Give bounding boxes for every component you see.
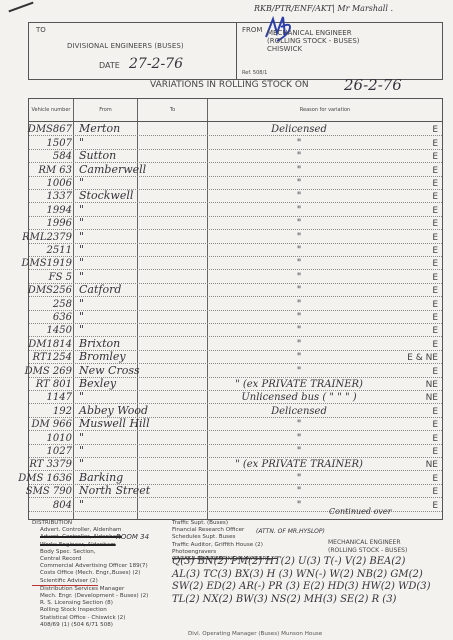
- reference-number: Ref. 508/1: [242, 70, 267, 76]
- status-code: E: [398, 444, 438, 457]
- garage-line: TL(2) NX(2) BW(3) NS(2) MH(3) SE(2) R (3…: [172, 594, 431, 607]
- to-garage: [139, 377, 205, 390]
- to-garage: [139, 417, 205, 430]
- from-garage: ": [75, 229, 139, 242]
- vehicle-number: 1337: [29, 189, 73, 202]
- reason: " (ex PRIVATE TRAINER): [214, 457, 384, 470]
- from-garage: Camberwell: [75, 162, 139, 175]
- column-header-from: From: [74, 99, 137, 121]
- table-row: 1337Stockwell"E: [29, 189, 442, 203]
- table-row: 1450""E: [29, 323, 442, 337]
- reason: ": [214, 216, 384, 229]
- to-garage: [139, 176, 205, 189]
- distribution-item: Central Record: [32, 556, 148, 563]
- from-garage: Barking: [75, 470, 139, 483]
- attention-note: (ATTN. OF MR.HYSLOP): [256, 528, 325, 535]
- distribution-item: R. S. Licensing Section (8): [32, 600, 148, 607]
- to-garage: [139, 323, 205, 336]
- status-code: E: [398, 283, 438, 296]
- table-row: 584Sutton"E: [29, 149, 442, 163]
- to-garage: [139, 229, 205, 242]
- table-row: DM 966Muswell Hill"E: [29, 417, 442, 431]
- to-garage: [139, 363, 205, 376]
- to-garage: [139, 189, 205, 202]
- reason: ": [214, 363, 384, 376]
- from-garage: Merton: [75, 122, 139, 135]
- distribution-item: Schedules Supt. Buses: [172, 534, 277, 541]
- distribution-item: Scientific Adviser (2): [32, 578, 98, 586]
- variation-date: 26-2-76: [344, 76, 402, 94]
- vehicle-number: 1996: [29, 216, 73, 229]
- reason: ": [214, 484, 384, 497]
- table-row: SMS 790North Street"E: [29, 484, 442, 498]
- garage-line: AL(3) TC(3) BX(3) H (3) WN(-) W(2) NB(2)…: [172, 569, 431, 582]
- to-garage: [139, 122, 205, 135]
- vehicle-number: 1010: [29, 430, 73, 443]
- from-garage: Catford: [75, 283, 139, 296]
- reason: ": [214, 417, 384, 430]
- table-header: Vehicle number From To Reason for variat…: [29, 99, 442, 122]
- status-code: E: [398, 202, 438, 215]
- reason: ": [214, 149, 384, 162]
- distribution-item: Body Spec. Section,: [32, 549, 148, 556]
- header-from-section: FROM MECHANICAL ENGINEER (ROLLING STOCK …: [237, 23, 442, 79]
- from-garage: Abbey Wood: [75, 403, 139, 416]
- vehicle-number: 1994: [29, 202, 73, 215]
- vehicle-number: RML2379: [29, 229, 73, 242]
- table-row: DMS 1636Barking"E: [29, 470, 442, 484]
- to-garage: [139, 457, 205, 470]
- to-garage: [139, 350, 205, 363]
- vehicle-number: DMS1919: [29, 256, 73, 269]
- header-to-section: TO DIVISIONAL ENGINEERS (BUSES) DATE 27-…: [29, 23, 237, 79]
- vehicle-number: DMS867: [29, 122, 73, 135]
- routing-annotation: RKB/PTR/ENF/AKT| Mr Marshall .: [254, 4, 393, 13]
- from-garage: Brixton: [75, 336, 139, 349]
- reason: ": [214, 296, 384, 309]
- to-garage: [139, 202, 205, 215]
- reason: ": [214, 189, 384, 202]
- variations-table: Vehicle number From To Reason for variat…: [28, 98, 443, 520]
- from-garage: ": [75, 202, 139, 215]
- vehicle-number: 1006: [29, 176, 73, 189]
- from-garage: Sutton: [75, 149, 139, 162]
- from-garage: ": [75, 390, 139, 403]
- to-garage: [139, 135, 205, 148]
- table-row: FS 5""E: [29, 269, 442, 283]
- garage-line: SW(2) ED(2) AR(-) PR (3) E(2) HD(3) HW(2…: [172, 581, 431, 594]
- table-row: RML2379""E: [29, 229, 442, 243]
- vehicle-number: 804: [29, 497, 73, 510]
- status-code: E: [398, 336, 438, 349]
- to-garage: [139, 470, 205, 483]
- to-garage: [139, 283, 205, 296]
- distribution-section: DISTRIBUTION Advert. Controller, Aldenha…: [28, 520, 448, 640]
- from-garage: ": [75, 216, 139, 229]
- vehicle-number: DMS 1636: [29, 470, 73, 483]
- reason: Delicensed: [214, 403, 384, 416]
- reason: ": [214, 162, 384, 175]
- date-label: DATE: [99, 61, 120, 70]
- table-row: 1147"Unlicensed bus ( " " " )NE: [29, 390, 442, 404]
- distribution-item: Mech. Engr. (Development - Buses) (2): [32, 593, 148, 600]
- to-garage: [139, 149, 205, 162]
- column-header-reason: Reason for variation: [208, 99, 442, 121]
- reason: ": [214, 430, 384, 443]
- table-row: 258""E: [29, 296, 442, 310]
- status-code: E: [398, 323, 438, 336]
- to-garage: [139, 444, 205, 457]
- distribution-item: Rolling Stock Inspection: [32, 607, 148, 614]
- table-row: 192Abbey WoodDelicensedE: [29, 403, 442, 417]
- status-code: E: [398, 122, 438, 135]
- status-code: E: [398, 243, 438, 256]
- from-garage: North Street: [75, 484, 139, 497]
- table-row: RT1254Bromley"E & NE: [29, 350, 442, 364]
- from-garage: ": [75, 497, 139, 510]
- table-row: RT 3379"" (ex PRIVATE TRAINER)NE: [29, 457, 442, 471]
- vehicle-number: DM 966: [29, 417, 73, 430]
- status-code: NE: [398, 457, 438, 470]
- garage-managers-list: Q(3) BN(2) PM(2) HT(2) U(3) T(-) V(2) BE…: [172, 556, 431, 606]
- distribution-item: 408/69 (1) (504 6/71 508): [32, 622, 148, 629]
- reason: ": [214, 256, 384, 269]
- distribution-item: Works Engineer, Aldenham: [32, 542, 148, 549]
- vehicle-number: DMS 269: [29, 363, 73, 376]
- from-garage: ": [75, 256, 139, 269]
- status-code: E: [398, 176, 438, 189]
- from-sender: MECHANICAL ENGINEER (ROLLING STOCK - BUS…: [267, 29, 360, 53]
- table-row: RM 63Camberwell"E: [29, 162, 442, 176]
- vehicle-number: SMS 790: [29, 484, 73, 497]
- to-garage: [139, 336, 205, 349]
- to-garage: [139, 484, 205, 497]
- to-garage: [139, 310, 205, 323]
- from-label: FROM: [242, 26, 262, 34]
- to-recipient: DIVISIONAL ENGINEERS (BUSES): [67, 42, 184, 50]
- reason: Unlicensed bus ( " " " ): [214, 390, 384, 403]
- reason: ": [214, 135, 384, 148]
- vehicle-number: RM 63: [29, 162, 73, 175]
- status-code: E & NE: [398, 350, 438, 363]
- mech-engineer-footer: MECHANICAL ENGINEER (ROLLING STOCK - BUS…: [328, 539, 407, 555]
- status-code: E: [398, 189, 438, 202]
- to-garage: [139, 256, 205, 269]
- table-row: 1507""E: [29, 135, 442, 149]
- from-garage: ": [75, 243, 139, 256]
- table-row: 1010""E: [29, 430, 442, 444]
- status-code: E: [398, 296, 438, 309]
- reason: ": [214, 336, 384, 349]
- vehicle-number: 258: [29, 296, 73, 309]
- from-garage: ": [75, 296, 139, 309]
- from-garage: ": [75, 444, 139, 457]
- date-value: 27-2-76: [129, 56, 183, 72]
- reason: ": [214, 323, 384, 336]
- status-code: E: [398, 417, 438, 430]
- vehicle-number: DM1814: [29, 336, 73, 349]
- from-garage: ": [75, 430, 139, 443]
- vehicle-number: 1507: [29, 135, 73, 148]
- from-garage: Stockwell: [75, 189, 139, 202]
- from-garage: ": [75, 176, 139, 189]
- status-code: E: [398, 256, 438, 269]
- table-row: DMS 269New Cross"E: [29, 363, 442, 377]
- status-code: E: [398, 310, 438, 323]
- table-row: DM1814Brixton"E: [29, 336, 442, 350]
- vehicle-number: DMS256: [29, 283, 73, 296]
- to-garage: [139, 243, 205, 256]
- status-code: E: [398, 216, 438, 229]
- continued-note: Continued over: [329, 507, 391, 516]
- vehicle-number: RT 801: [29, 377, 73, 390]
- from-garage: ": [75, 323, 139, 336]
- distribution-item: Costs Office (Mech. Engr.,Buses) (2): [32, 570, 148, 577]
- reason: ": [214, 176, 384, 189]
- to-garage: [139, 390, 205, 403]
- reason: ": [214, 444, 384, 457]
- from-garage: Bromley: [75, 350, 139, 363]
- check-mark: [8, 2, 33, 13]
- distribution-item: Commercial Advertising Officer 189(7): [32, 563, 148, 570]
- table-row: DMS867MertonDelicensedE: [29, 122, 442, 136]
- vehicle-number: 584: [29, 149, 73, 162]
- from-garage: ": [75, 269, 139, 282]
- table-row: RT 801Bexley" (ex PRIVATE TRAINER)NE: [29, 377, 442, 391]
- status-code: E: [398, 403, 438, 416]
- from-garage: ": [75, 457, 139, 470]
- from-garage: Muswell Hill: [75, 417, 139, 430]
- status-code: NE: [398, 390, 438, 403]
- table-row: 1994""E: [29, 202, 442, 216]
- vehicle-number: 636: [29, 310, 73, 323]
- status-code: E: [398, 162, 438, 175]
- distribution-item: Distribution Services Manager: [32, 586, 148, 593]
- header-box: TO DIVISIONAL ENGINEERS (BUSES) DATE 27-…: [28, 22, 443, 80]
- to-label: TO: [36, 26, 46, 34]
- reason: ": [214, 310, 384, 323]
- from-garage: ": [75, 135, 139, 148]
- status-code: E: [398, 229, 438, 242]
- column-header-vehicle: Vehicle number: [29, 99, 73, 121]
- from-garage: ": [75, 310, 139, 323]
- operating-manager: Divl. Operating Manager (Buses) Munson H…: [188, 631, 322, 637]
- from-garage: Bexley: [75, 377, 139, 390]
- table-row: DMS256Catford"E: [29, 283, 442, 297]
- reason: ": [214, 229, 384, 242]
- reason: ": [214, 470, 384, 483]
- status-code: E: [398, 470, 438, 483]
- reason: ": [214, 243, 384, 256]
- status-code: E: [398, 430, 438, 443]
- vehicle-number: FS 5: [29, 269, 73, 282]
- from-garage: New Cross: [75, 363, 139, 376]
- distribution-item: Statistical Office - Chiswick (2): [32, 615, 148, 622]
- table-row: 636""E: [29, 310, 442, 324]
- distribution-item: Traffic Auditor, Griffith House (2): [172, 542, 277, 549]
- vehicle-number: 2511: [29, 243, 73, 256]
- reason: ": [214, 350, 384, 363]
- vehicle-number: RT 3379: [29, 457, 73, 470]
- reason: ": [214, 202, 384, 215]
- to-garage: [139, 296, 205, 309]
- distribution-item: Traffic Supt. (Buses): [172, 520, 277, 527]
- vehicle-number: 1147: [29, 390, 73, 403]
- reason: ": [214, 269, 384, 282]
- status-code: E: [398, 363, 438, 376]
- room-note: ROOM 34: [116, 533, 149, 541]
- vehicle-number: 1450: [29, 323, 73, 336]
- to-garage: [139, 216, 205, 229]
- vehicle-number: 1027: [29, 444, 73, 457]
- table-row: DMS1919""E: [29, 256, 442, 270]
- reason: ": [214, 283, 384, 296]
- distribution-item: Photoengravers: [172, 549, 277, 556]
- status-code: E: [398, 135, 438, 148]
- to-garage: [139, 269, 205, 282]
- reason: " (ex PRIVATE TRAINER): [214, 377, 384, 390]
- column-header-to: To: [138, 99, 207, 121]
- to-garage: [139, 162, 205, 175]
- distribution-title: DISTRIBUTION: [32, 520, 148, 527]
- status-code: E: [398, 149, 438, 162]
- vehicle-number: 192: [29, 403, 73, 416]
- status-code: E: [398, 497, 438, 510]
- to-garage: [139, 403, 205, 416]
- to-garage: [139, 497, 205, 510]
- table-row: 1996""E: [29, 216, 442, 230]
- table-row: 1006""E: [29, 176, 442, 190]
- document-title: VARIATIONS IN ROLLING STOCK ON: [150, 80, 309, 90]
- garage-line: Q(3) BN(2) PM(2) HT(2) U(3) T(-) V(2) BE…: [172, 556, 431, 569]
- vehicle-number: RT1254: [29, 350, 73, 363]
- status-code: NE: [398, 377, 438, 390]
- reason: Delicensed: [214, 122, 384, 135]
- to-garage: [139, 430, 205, 443]
- status-code: E: [398, 484, 438, 497]
- table-row: 1027""E: [29, 444, 442, 458]
- table-row: 2511""E: [29, 243, 442, 257]
- status-code: E: [398, 269, 438, 282]
